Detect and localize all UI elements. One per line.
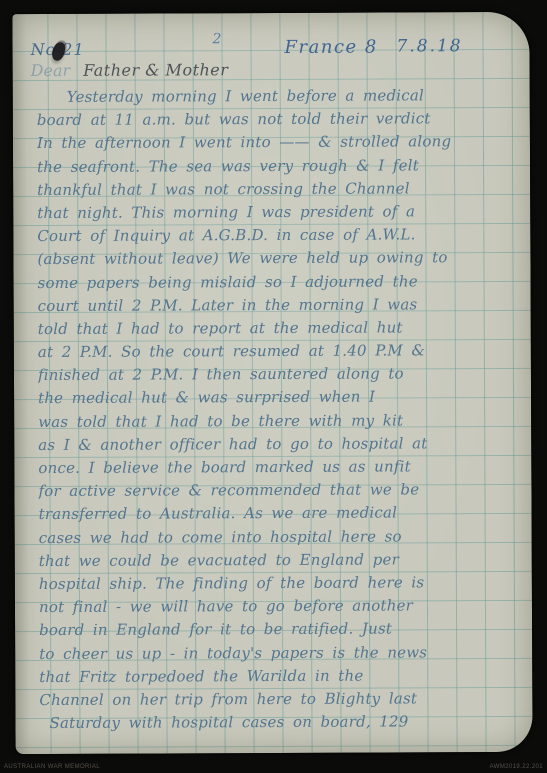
salutation-dear: Dear	[31, 61, 71, 80]
letter-line: for active service & recommended that we…	[38, 478, 520, 503]
letter-line: some papers being mislaid so I adjourned…	[38, 269, 520, 294]
letter-line: as I & another officer had to go to hosp…	[38, 432, 520, 457]
letter-body: Yesterday morning I went before a medica…	[37, 84, 522, 735]
letter-line: thankful that I was not crossing the Cha…	[37, 177, 519, 202]
letter-line: Saturday with hospital cases on board, 1…	[39, 710, 521, 735]
letter-date: 7.8.18	[396, 36, 462, 56]
letter-line: cases we had to come into hospital here …	[39, 524, 521, 549]
letter-line: that Fritz torpedoed the Warilda in the	[39, 664, 521, 689]
salutation: Dear Father & Mother	[31, 60, 229, 85]
letter-line: that we could be evacuated to England pe…	[39, 548, 521, 573]
letter-line: the medical hut & was surprised when I	[38, 385, 520, 410]
letter-line: told that I had to report at the medical…	[38, 316, 520, 341]
letter-line: Channel on her trip from here to Blighty…	[39, 687, 521, 712]
letter-line: once. I believe the board marked us as u…	[38, 455, 520, 480]
letter-line: hospital ship. The finding of the board …	[39, 571, 521, 596]
letter-line: Court of Inquiry at A.G.B.D. in case of …	[37, 223, 519, 248]
letter-line: board in England for it to be ratified. …	[39, 617, 521, 642]
letter-line: Yesterday morning I went before a medica…	[37, 84, 519, 109]
letter-line: board at 11 a.m. but was not told their …	[37, 107, 519, 132]
letter-line: was told that I had to be there with my …	[38, 409, 520, 434]
letter-line: that night. This morning I was president…	[37, 200, 519, 225]
scanned-letter-page: { "archive": { "credit": "AUSTRALIAN WAR…	[0, 0, 547, 773]
letter-location: France 8	[284, 37, 377, 58]
letter-line: court until 2 P.M. Later in the morning …	[38, 293, 520, 318]
letter-line: not final - we will have to go before an…	[39, 594, 521, 619]
salutation-names: Father & Mother	[83, 60, 228, 80]
letter-line: to cheer us up - in today's papers is th…	[39, 640, 521, 665]
letter-paper: No 21 2 France 8 7.8.18 Dear Father & Mo…	[12, 12, 532, 754]
archive-reference: AWM2019.22.201	[490, 764, 543, 770]
letter-line: at 2 P.M. So the court resumed at 1.40 P…	[38, 339, 520, 364]
page-mark: 2	[212, 31, 221, 47]
letter-line: (absent without leave) We were held up o…	[37, 246, 519, 271]
archive-credit: AUSTRALIAN WAR MEMORIAL	[4, 764, 100, 770]
letter-line: transferred to Australia. As we are medi…	[39, 501, 521, 526]
letter-line: the seafront. The sea was very rough & I…	[37, 153, 519, 178]
letter-line: In the afternoon I went into —— & stroll…	[37, 130, 519, 155]
letter-line: finished at 2 P.M. I then sauntered alon…	[38, 362, 520, 387]
